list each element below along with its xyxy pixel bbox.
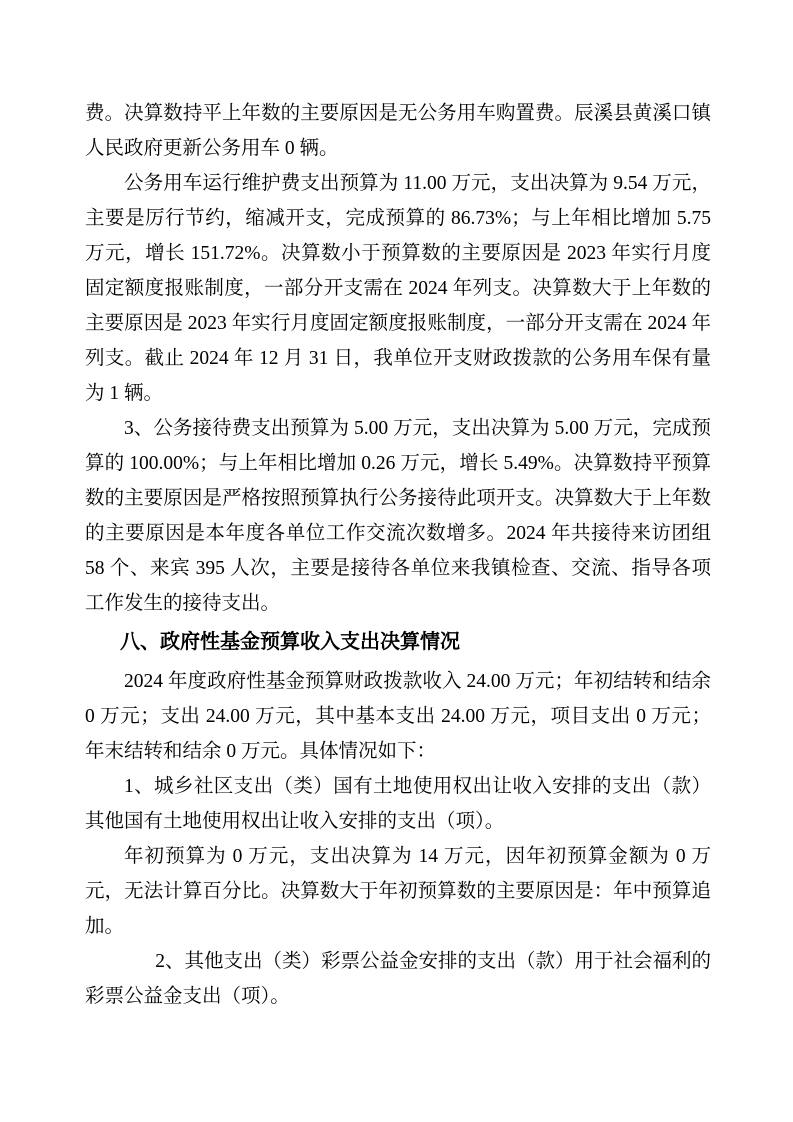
paragraph-item-1-budget-detail: 年初预算为 0 万元，支出决算为 14 万元，因年初预算金额为 0 万元，无法计…	[85, 839, 711, 944]
paragraph-official-reception-expense: 3、公务接待费支出预算为 5.00 万元，支出决算为 5.00 万元，完成预算的…	[85, 411, 711, 621]
paragraph-government-fund-overview: 2024 年度政府性基金预算财政拨款收入 24.00 万元；年初结转和结余 0 …	[85, 664, 711, 769]
document-page: 费。决算数持平上年数的主要原因是无公务用车购置费。辰溪县黄溪口镇人民政府更新公务…	[0, 0, 793, 1122]
paragraph-vehicle-maintenance-expense: 公务用车运行维护费支出预算为 11.00 万元，支出决算为 9.54 万元，主要…	[85, 166, 711, 411]
paragraph-item-2-lottery-public-welfare-expense: 2、其他支出（类）彩票公益金安排的支出（款）用于社会福利的彩票公益金支出（项）。	[85, 944, 711, 1014]
section-heading-government-fund-budget: 八、政府性基金预算收入支出决算情况	[85, 625, 711, 660]
paragraph-item-1-urban-rural-community-expense: 1、城乡社区支出（类）国有土地使用权出让收入安排的支出（款）其他国有土地使用权出…	[85, 769, 711, 839]
document-content: 费。决算数持平上年数的主要原因是无公务用车购置费。辰溪县黄溪口镇人民政府更新公务…	[85, 96, 711, 1014]
paragraph-vehicle-purchase-continuation: 费。决算数持平上年数的主要原因是无公务用车购置费。辰溪县黄溪口镇人民政府更新公务…	[85, 96, 711, 166]
